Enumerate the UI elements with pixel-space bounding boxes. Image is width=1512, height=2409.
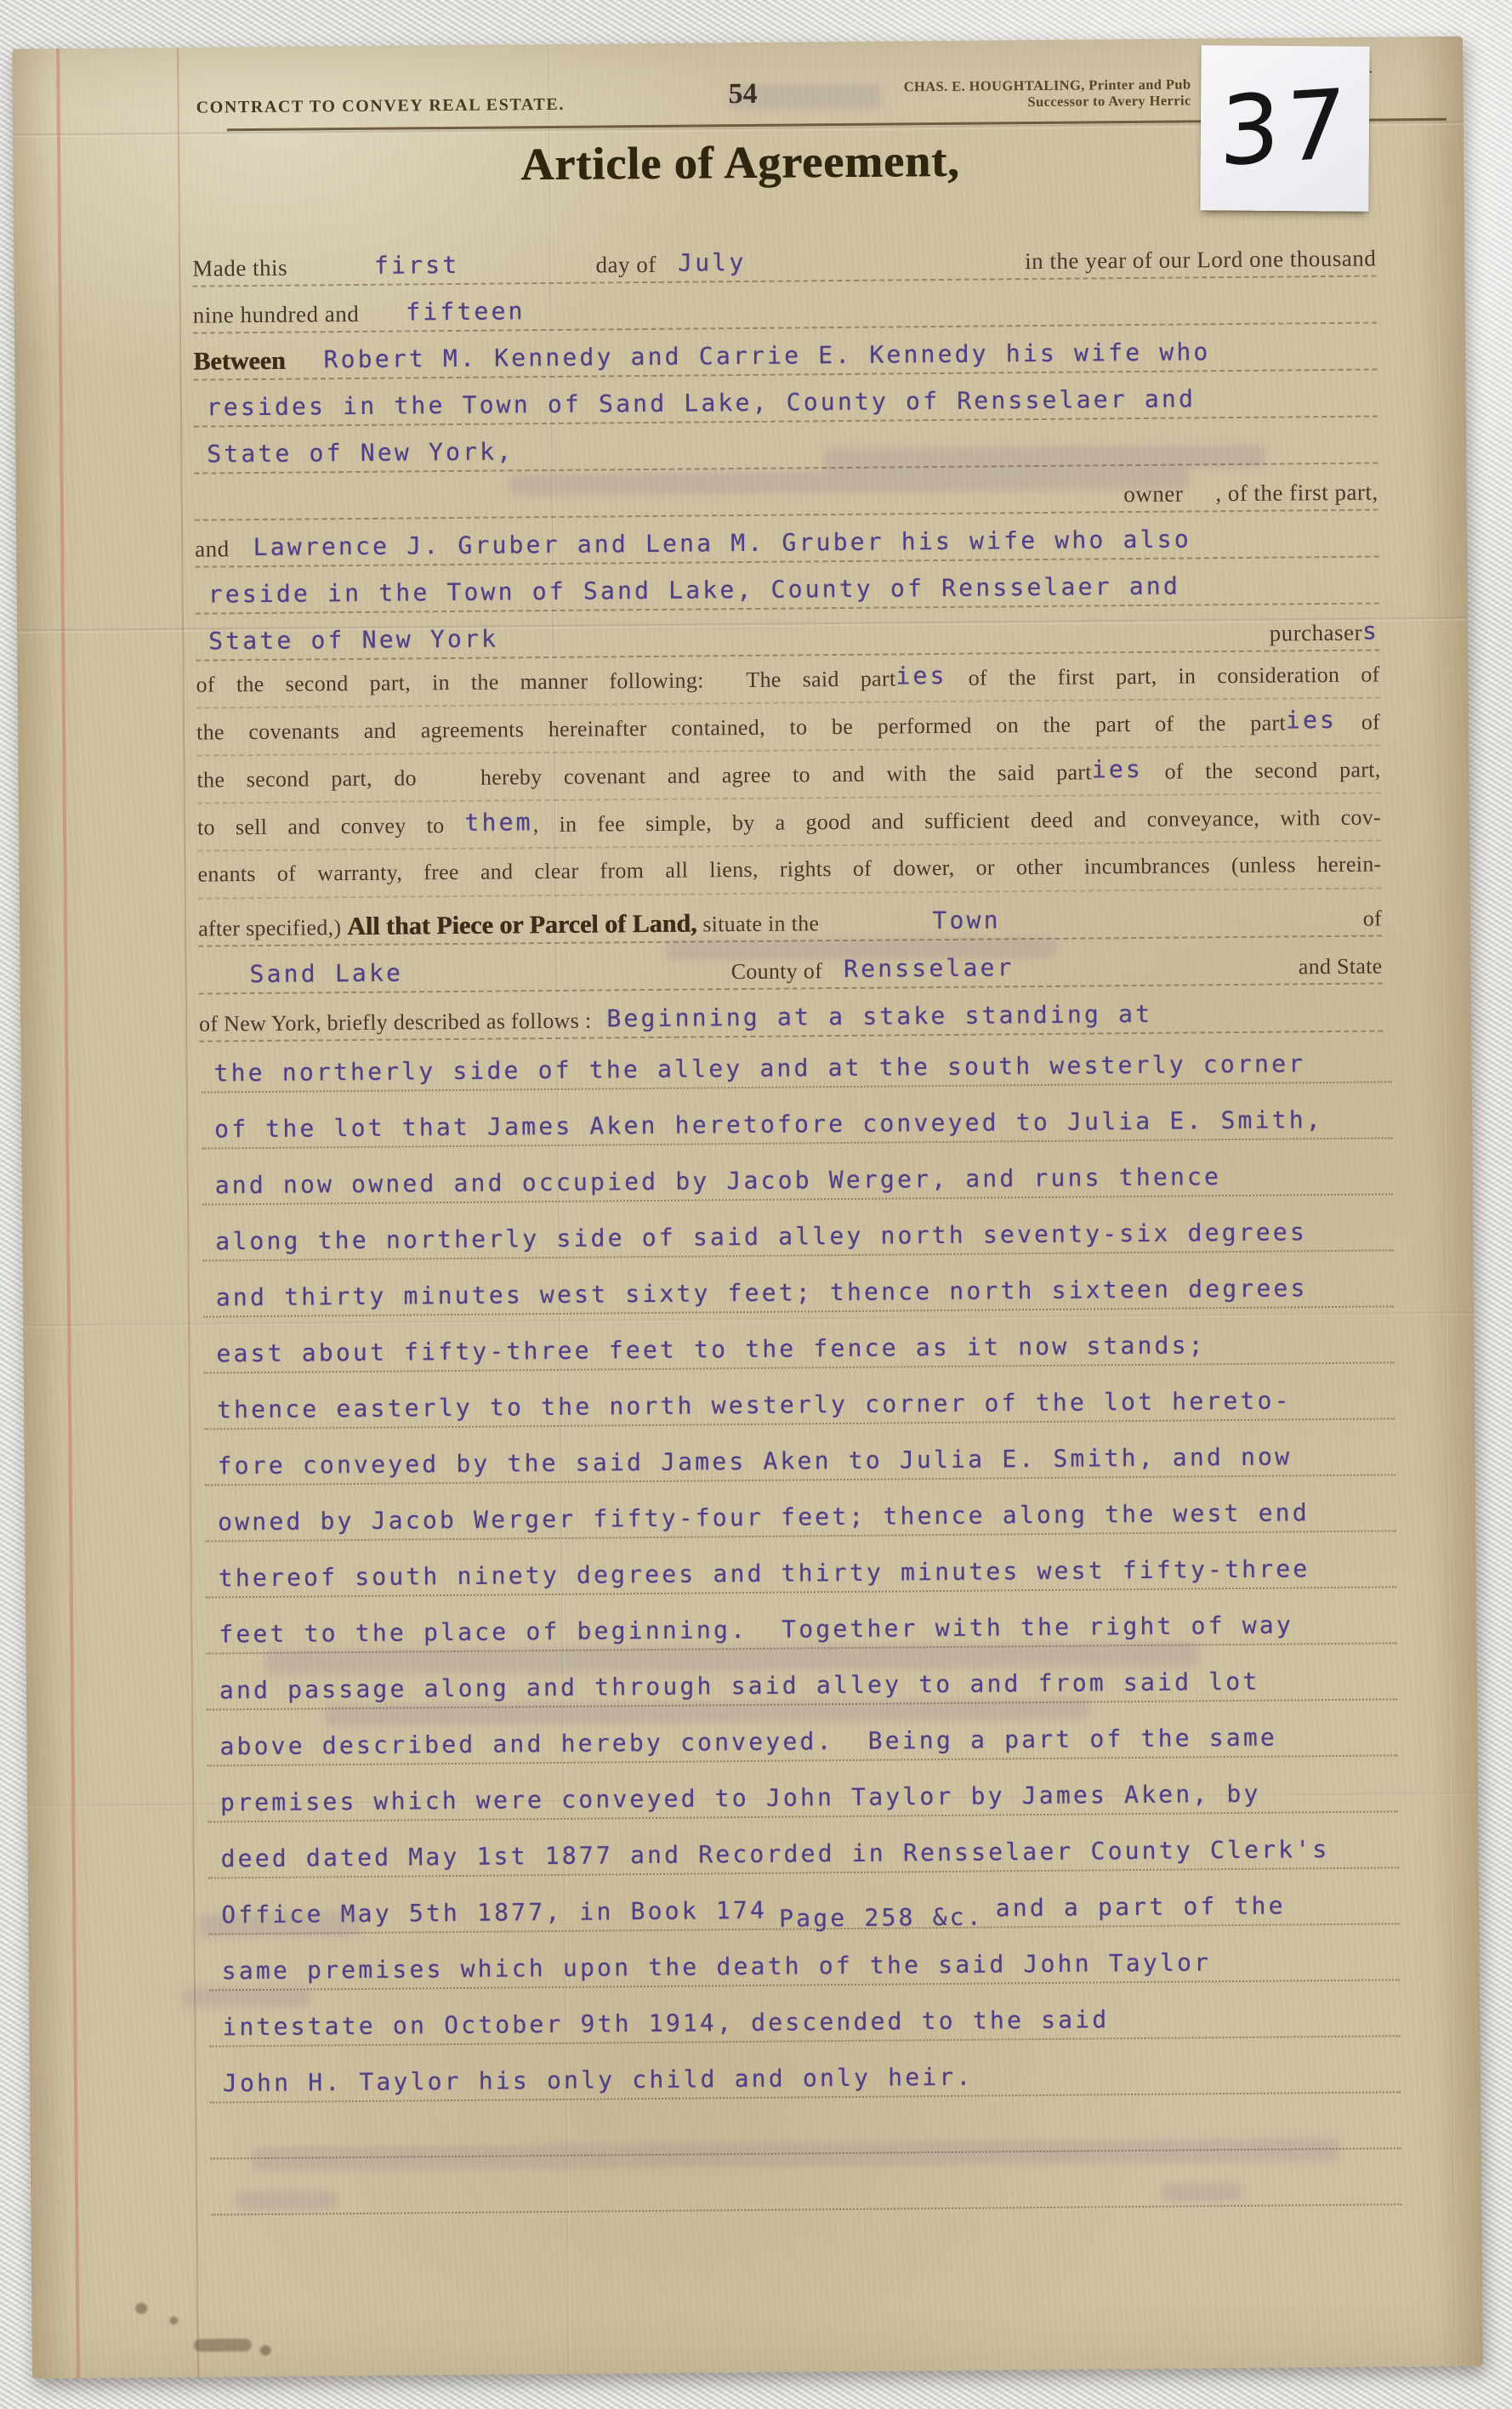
form-line: the northerly side of the alley and at t…: [201, 1035, 1391, 1093]
printed-text: of: [1363, 906, 1383, 935]
form-line: nine hundred andfifteen: [193, 280, 1377, 334]
printed-text: of: [1337, 709, 1380, 737]
typed-text: reside in the Town of Sand Lake, County …: [208, 572, 1181, 613]
blank-rule-fill: [1260, 1698, 1397, 1699]
printed-text: , of the first part,: [1215, 479, 1378, 510]
blank-rule-fill: [1310, 1586, 1396, 1587]
typed-text: ies: [1286, 706, 1338, 739]
document-title: Article of Agreement,: [336, 133, 1145, 192]
blank-rule-fill: [211, 2203, 1401, 2213]
typed-text: same premises which upon the death of th…: [222, 1948, 1212, 1989]
typed-text: deed dated May 1st 1877 and Recorded in …: [221, 1835, 1330, 1877]
blank-rule-fill: [211, 2147, 1401, 2157]
typed-text: Office May 5th 1877, in Book 174: [221, 1896, 767, 1934]
typed-text: feet to the place of beginning. Together…: [219, 1611, 1293, 1652]
form-line: above described and hereby conveyed. Bei…: [207, 1708, 1397, 1766]
typed-text: fore conveyed by the said James Aken to …: [217, 1442, 1292, 1484]
printed-text: and: [195, 536, 230, 565]
form-line: the covenants and agreements hereinafter…: [196, 702, 1380, 756]
blank-rule-fill: [1221, 1193, 1393, 1195]
document-paper: CONTRACT TO CONVEY REAL ESTATE. 54 CHAS.…: [12, 37, 1483, 2379]
printed-text: of the second part, in the manner follow…: [196, 666, 895, 700]
form-line: State of New Yorkpurchasers: [196, 606, 1379, 661]
blank-rule-fill: [1191, 555, 1378, 557]
typed-text-offset: Page 258 &c.: [779, 1903, 984, 1937]
printed-text: nine hundred and: [193, 301, 360, 332]
form-line: and passage along and through said alley…: [207, 1652, 1397, 1710]
typed-text: along the northerly side of said alley n…: [215, 1218, 1307, 1259]
printed-text: in the year of our Lord one thousand: [1025, 246, 1376, 279]
blank-rule-fill: [1261, 1810, 1398, 1811]
printed-text: to sell and convey to: [197, 813, 465, 844]
form-line: andLawrence J. Gruber and Lena M. Gruber…: [195, 513, 1378, 567]
blank-rule-fill: [1211, 369, 1378, 371]
typed-text: resides in the Town of Sand Lake, County…: [207, 384, 1197, 425]
printer-imprint: CHAS. E. HOUGHTALING, Printer and Pub Su…: [818, 76, 1191, 111]
blank-rule-fill: [287, 284, 374, 285]
blank-rule-fill: [403, 988, 731, 991]
printed-text: hereby covenant and agree to and with th…: [480, 759, 1092, 793]
typed-text: and a part of the: [996, 1892, 1286, 1927]
printed-text: day of: [595, 252, 657, 282]
form-line: Office May 5th 1877, in Book 174Page 258…: [208, 1877, 1399, 1935]
form-line: State of New York,: [194, 419, 1378, 474]
printed-text: County of: [731, 958, 823, 988]
blank-rule-fill: [460, 282, 596, 283]
blank-rule-fill: [1196, 415, 1378, 417]
typed-text: east about fifty-three feet to the fence…: [216, 1331, 1206, 1372]
form-title: CONTRACT TO CONVEY REAL ESTATE.: [196, 95, 565, 118]
stain: [169, 2316, 178, 2325]
printed-text: the second part, do: [196, 765, 417, 795]
form-line: of the second part, in the manner follow…: [196, 654, 1379, 708]
blank-rule-fill: [1293, 1642, 1396, 1643]
sticky-note[interactable]: 37: [1200, 45, 1369, 211]
blank-rule-fill: [1152, 1030, 1383, 1031]
typed-text: Lawrence J. Gruber and Lena M. Gruber hi…: [253, 525, 1191, 565]
form-line: thereof south ninety degrees and thirty …: [205, 1540, 1395, 1598]
typed-text: fifteen: [406, 297, 526, 330]
form-line: owner, of the first part,: [194, 466, 1378, 520]
blank-rule-fill: [1110, 2035, 1401, 2037]
form-line: resides in the Town of Sand Lake, County…: [194, 373, 1378, 428]
blank-rule-fill: [1211, 1979, 1400, 1980]
typed-text: ies: [895, 662, 947, 695]
printed-text: of the second part,: [1143, 757, 1381, 787]
form-line: fore conveyed by the said James Aken to …: [204, 1428, 1395, 1486]
form-line: owned by Jacob Werger fifty-four feet; t…: [205, 1484, 1395, 1542]
typed-text: intestate on October 9th 1914, descended…: [222, 2005, 1109, 2045]
photo-scene: { "header": { "form_title": "CONTRACT TO…: [0, 0, 1512, 2409]
typed-text: Robert M. Kennedy and Carrie E. Kennedy …: [323, 338, 1210, 378]
form-line: to sell and convey to them, in fee simpl…: [197, 797, 1381, 851]
blank-rule-fill: [199, 992, 250, 993]
form-line: Sand LakeCounty ofRensselaerand State: [198, 940, 1382, 994]
printed-text: purchaser: [1269, 620, 1362, 651]
typed-text: premises which were conveyed to John Tay…: [220, 1780, 1261, 1821]
typed-text: John H. Taylor his only child and only h…: [223, 2063, 974, 2102]
typed-text: State of New York: [208, 625, 498, 660]
blank-rule-fill: [1307, 1249, 1393, 1250]
form-line: and thirty minutes west sixty feet; then…: [203, 1259, 1394, 1317]
form-line: BetweenRobert M. Kennedy and Carrie E. K…: [193, 327, 1377, 381]
typed-text: ies: [1092, 755, 1144, 788]
printed-text: after specified,): [198, 915, 347, 946]
printed-text: owner: [1123, 480, 1183, 511]
printed-text: of New York, briefly described as follow…: [199, 1008, 592, 1041]
blank-rule-fill: [417, 785, 480, 786]
gothic-printed-text: All that Piece or Parcel of Land,: [347, 910, 697, 945]
page-number: 54: [728, 78, 757, 111]
blank-rule-fill: [1292, 1418, 1395, 1418]
blank-rule-fill: [819, 939, 932, 940]
typed-text: of the lot that James Aken heretofore co…: [214, 1105, 1323, 1147]
form-line: along the northerly side of said alley n…: [202, 1203, 1393, 1261]
form-line: [211, 2157, 1401, 2215]
typed-text: s: [1362, 616, 1379, 649]
blank-rule-fill: [1277, 1754, 1397, 1755]
printed-text: Made this: [192, 255, 287, 286]
form-line: east about fifty-three feet to the fence…: [203, 1315, 1394, 1373]
form-line: same premises which upon the death of th…: [209, 1933, 1400, 1991]
printed-text: and State: [1299, 953, 1383, 983]
blank-rule-fill: [1180, 602, 1379, 604]
form-line: enants of warranty, free and clear from …: [197, 844, 1381, 899]
typed-text: July: [678, 248, 747, 281]
blank-rule-fill: [1323, 1137, 1392, 1138]
typed-text: above described and hereby conveyed. Bei…: [219, 1724, 1277, 1765]
printed-text: enants of warranty, free and clear from …: [197, 851, 1381, 889]
form-line: thence easterly to the north westerly co…: [204, 1372, 1395, 1429]
blank-rule-fill: [1305, 1081, 1391, 1082]
typed-text: Beginning at a stake standing at: [606, 1000, 1152, 1037]
typed-text: and now owned and occupied by Jacob Werg…: [215, 1162, 1222, 1203]
printed-text: of the first part, in consideration of: [946, 662, 1379, 693]
red-margin-line: [56, 48, 80, 2378]
typed-text: them: [464, 808, 533, 841]
blank-rule-fill: [1206, 1361, 1395, 1363]
typed-text: State of New York,: [207, 437, 514, 472]
blank-rule-fill: [1292, 1474, 1395, 1474]
form-line: after specified,) All that Piece or Parc…: [198, 892, 1382, 946]
stain: [194, 2338, 252, 2352]
form-line: premises which were conveyed to John Tay…: [207, 1764, 1398, 1822]
stain: [135, 2303, 147, 2314]
blank-rule-fill: [1308, 1305, 1394, 1306]
gothic-printed-text: Between: [193, 347, 286, 379]
vertical-fold-crease: [1434, 37, 1457, 2366]
typed-text: the northerly side of the alley and at t…: [213, 1049, 1305, 1091]
form-line: [210, 2101, 1401, 2159]
form-line: of New York, briefly described as follow…: [199, 987, 1383, 1042]
typed-text: owned by Jacob Werger fifty-four feet; t…: [218, 1498, 1310, 1540]
typed-text: thereof south ninety degrees and thirty …: [219, 1554, 1310, 1596]
sticky-note-number: 37: [1218, 69, 1351, 188]
stain: [260, 2345, 271, 2355]
form-line: intestate on October 9th 1914, descended…: [209, 1989, 1400, 2047]
blank-rule-fill: [1286, 1923, 1399, 1923]
typed-text: Rensselaer: [844, 953, 1015, 987]
blank-rule-fill: [1015, 983, 1299, 986]
blank-rule-fill: [1001, 935, 1363, 939]
typed-text: Sand Lake: [249, 959, 403, 993]
typed-text: thence easterly to the north westerly co…: [217, 1386, 1292, 1428]
blank-rule-fill: [974, 2091, 1401, 2094]
printed-text: , in fee simple, by a good and sufficien…: [533, 804, 1382, 840]
form-line: feet to the place of beginning. Together…: [206, 1596, 1396, 1654]
typed-text: and thirty minutes west sixty feet; then…: [216, 1274, 1308, 1315]
form-line: deed dated May 1st 1877 and Recorded in …: [207, 1821, 1398, 1878]
form-line: and now owned and occupied by Jacob Werg…: [202, 1147, 1392, 1205]
blank-rule-fill: [1310, 1530, 1395, 1531]
typed-text: and passage along and through said alley…: [219, 1668, 1260, 1709]
printed-text: situate in the: [696, 911, 819, 940]
typed-text: first: [374, 251, 460, 284]
printer-line2: Successor to Avery Herric: [819, 92, 1191, 111]
form-line: reside in the Town of Sand Lake, County …: [195, 560, 1378, 614]
typed-text: Town: [932, 906, 1001, 939]
form-line: Made thisfirstday ofJulyin the year of o…: [192, 233, 1376, 287]
printed-text: the covenants and agreements hereinafter…: [196, 710, 1286, 747]
form-line: John H. Taylor his only child and only h…: [210, 2045, 1401, 2103]
blank-rule-fill: [747, 278, 1026, 281]
form-line: of the lot that James Aken heretofore co…: [202, 1091, 1392, 1149]
form-line: the second part, dohereby covenant and a…: [196, 749, 1380, 804]
blank-rule-fill: [1330, 1866, 1399, 1867]
